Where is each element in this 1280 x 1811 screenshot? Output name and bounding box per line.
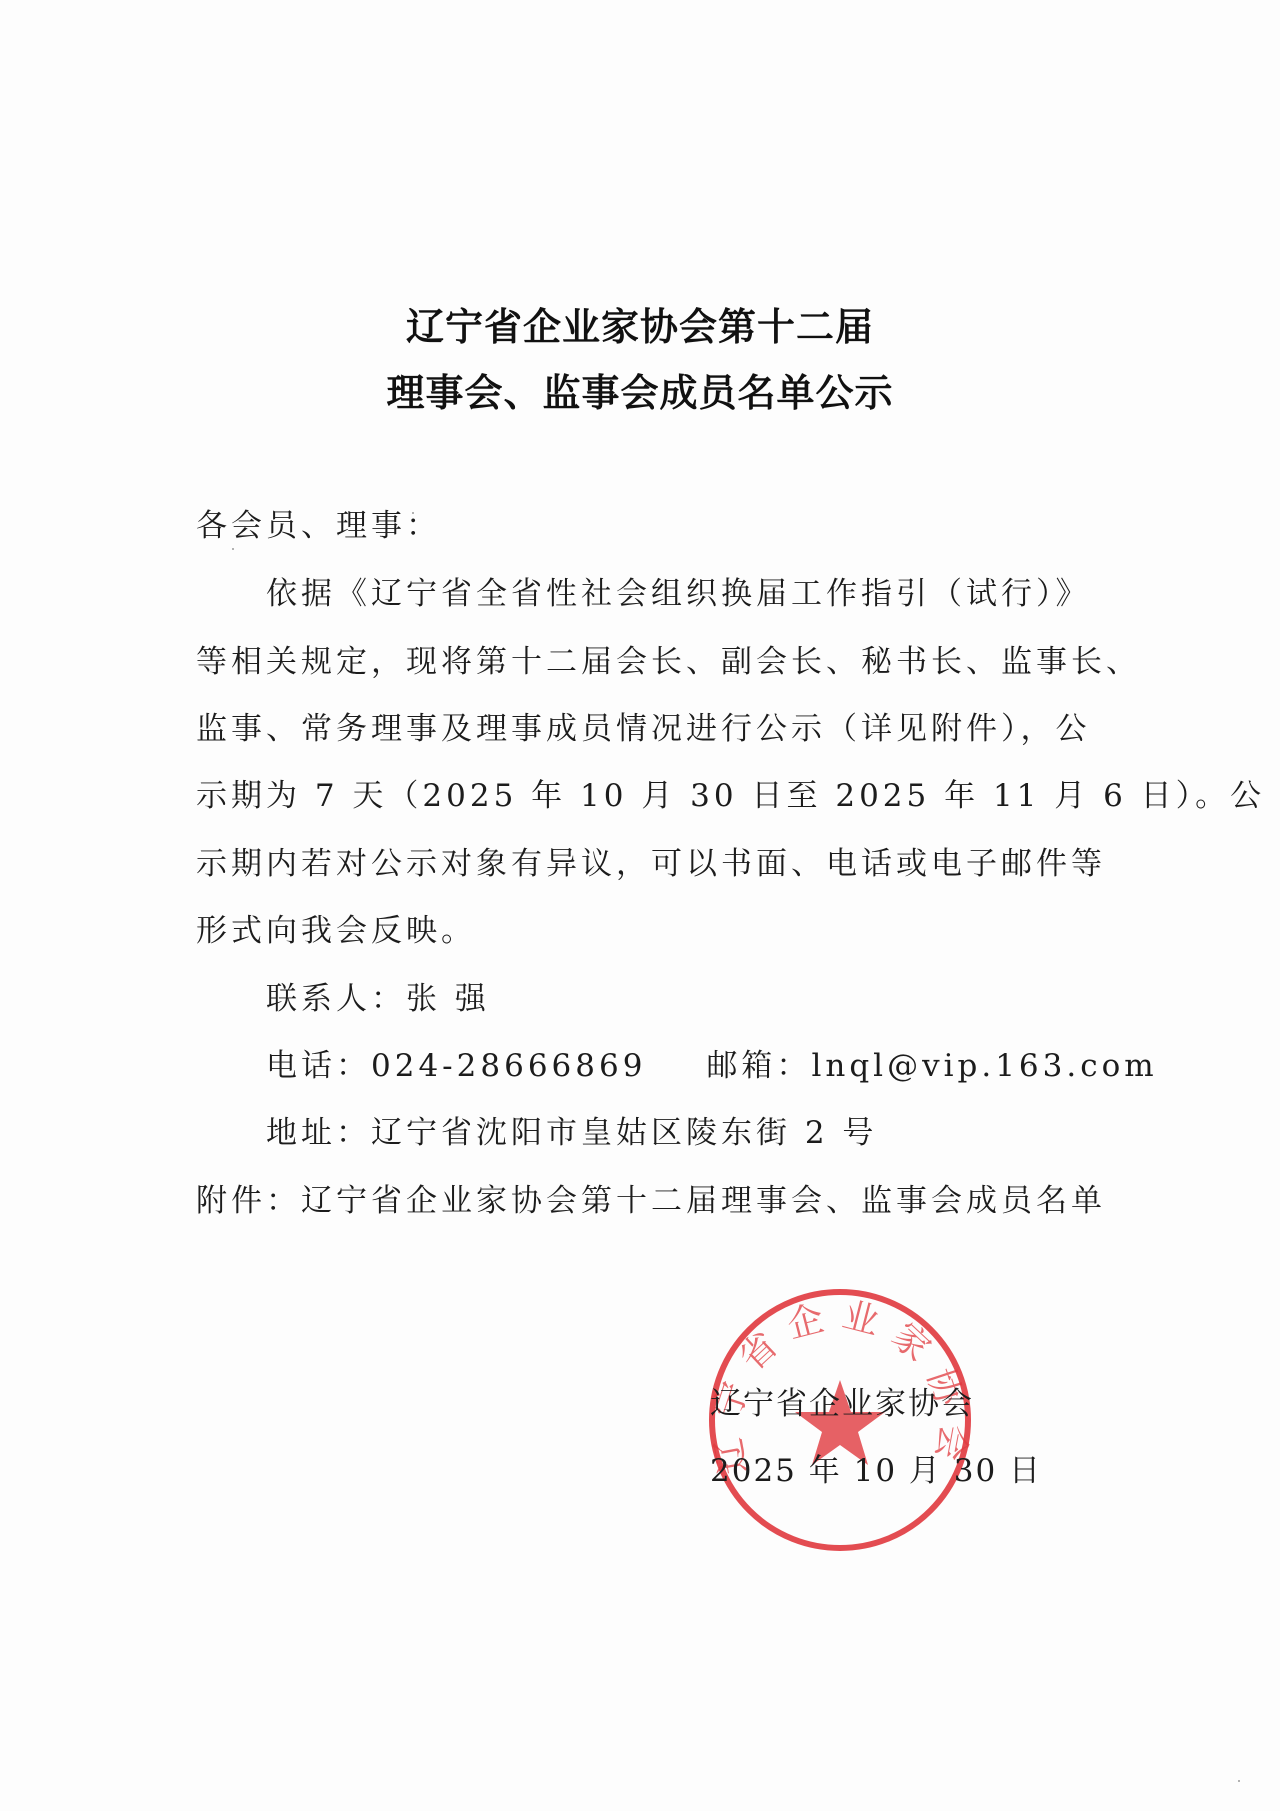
attachment-note: 附件：辽宁省企业家协会第十二届理事会、监事会成员名单 <box>196 1175 1106 1220</box>
email-address: lnql@vip.163.com <box>811 1048 1157 1084</box>
body-line-1: 依据《辽宁省全省性社会组织换届工作指引（试行）》 <box>266 568 1091 613</box>
contact-person-label: 联系人： <box>266 981 406 1017</box>
body-line-4: 示期为 7 天（2025 年 10 月 30 日至 2025 年 11 月 6 … <box>196 770 1265 815</box>
scan-speck <box>1238 1780 1240 1782</box>
body-line-3: 监事、常务理事及理事成员情况进行公示（详见附件），公 <box>196 703 1091 748</box>
scan-speck <box>412 512 414 514</box>
body-line-6: 形式向我会反映。 <box>196 905 476 950</box>
document-title-line-2: 理事会、监事会成员名单公示 <box>0 362 1280 417</box>
phone-label: 电话： <box>266 1048 371 1084</box>
signature-date: 2025 年 10 月 30 日 <box>710 1445 1042 1490</box>
salutation: 各会员、理事： <box>196 500 441 545</box>
contact-person: 联系人：张 强 <box>266 973 490 1018</box>
body-line-2: 等相关规定，现将第十二届会长、副会长、秘书长、监事长、 <box>196 636 1141 681</box>
scan-speck <box>232 548 234 550</box>
contact-person-name: 张 强 <box>406 981 490 1017</box>
address-text: 辽宁省沈阳市皇姑区陵东街 2 号 <box>371 1115 877 1151</box>
document-title-line-1: 辽宁省企业家协会第十二届 <box>0 296 1280 351</box>
email-label: 邮箱： <box>706 1048 811 1084</box>
address-label: 地址： <box>266 1115 371 1151</box>
attachment-label: 附件： <box>196 1183 301 1219</box>
phone-number: 024-28666869 <box>371 1048 646 1084</box>
document-page: 辽宁省企业家协会第十二届 理事会、监事会成员名单公示 各会员、理事： 依据《辽宁… <box>0 0 1280 1811</box>
contact-address: 地址：辽宁省沈阳市皇姑区陵东街 2 号 <box>266 1107 877 1152</box>
scan-speck <box>1030 1064 1032 1066</box>
contact-phone-email: 电话：024-28666869邮箱：lnql@vip.163.com <box>266 1040 1158 1085</box>
body-line-5: 示期内若对公示对象有异议，可以书面、电话或电子邮件等 <box>196 838 1106 883</box>
attachment-text: 辽宁省企业家协会第十二届理事会、监事会成员名单 <box>301 1183 1106 1219</box>
signature-organization: 辽宁省企业家协会 <box>710 1378 974 1423</box>
